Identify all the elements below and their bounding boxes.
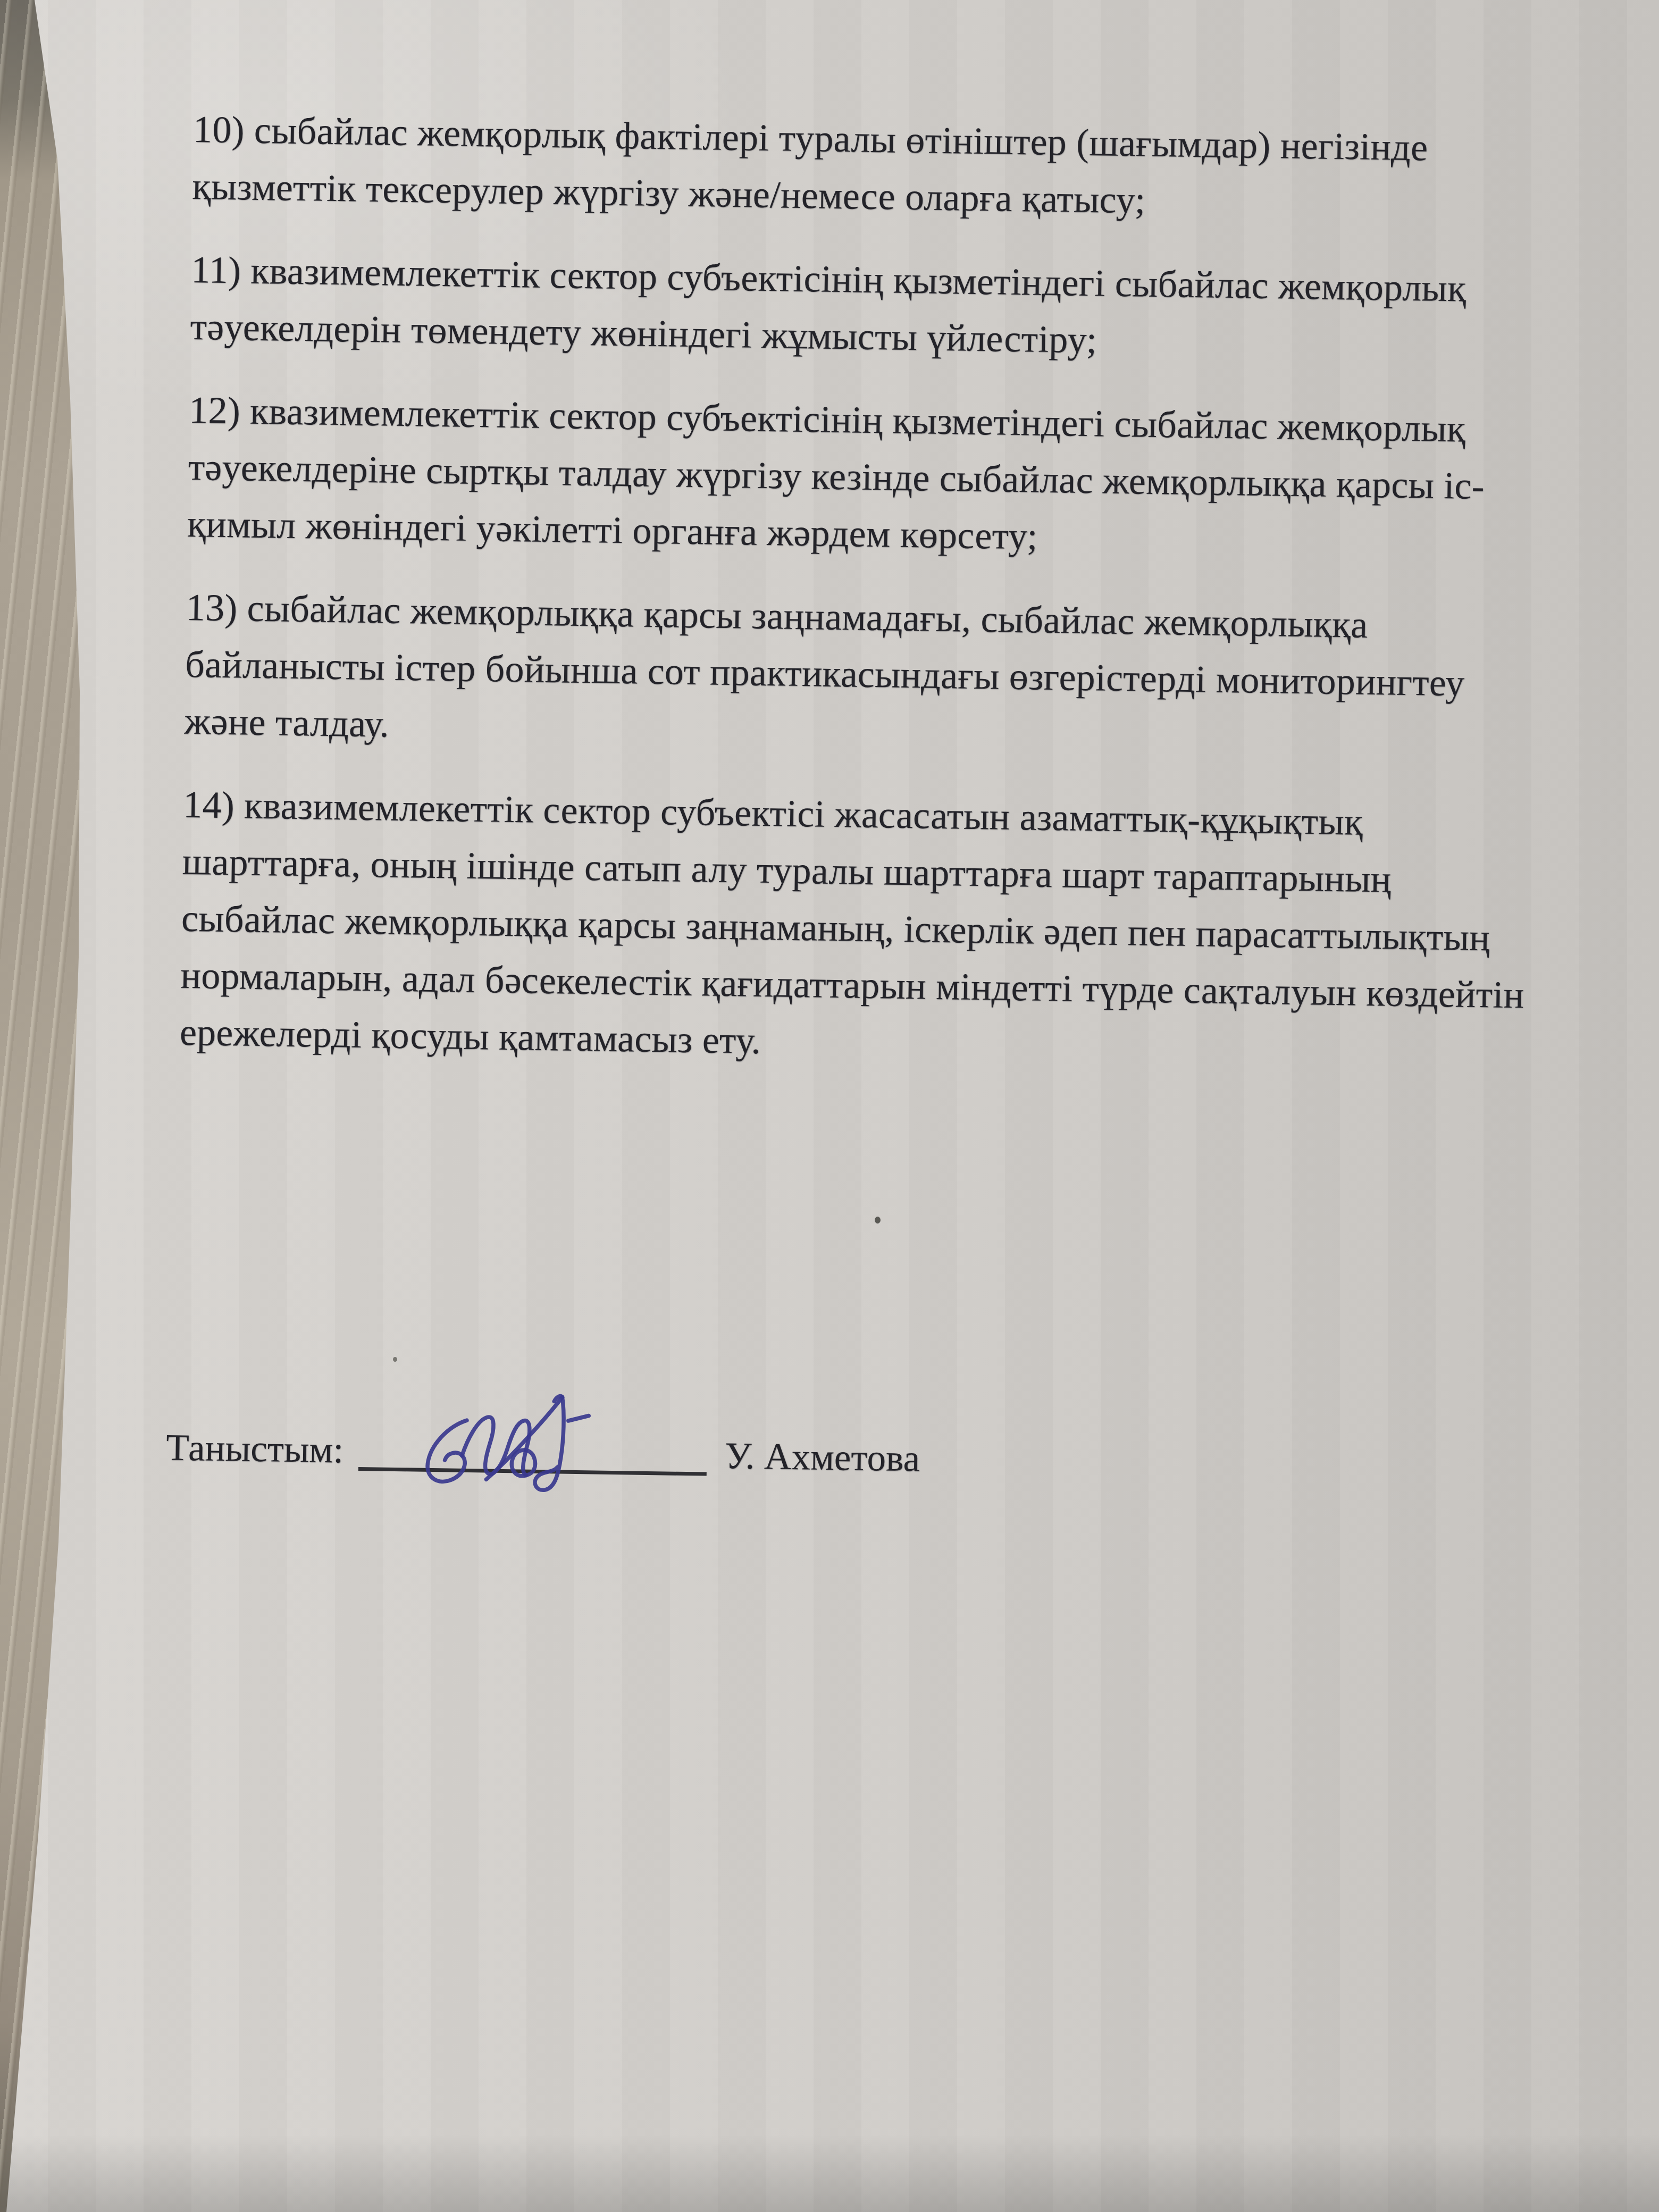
- document-text-block: 10) сыбайлас жемқорлық фактілері туралы …: [179, 101, 1639, 1082]
- paragraph-13: 13) сыбайлас жемқорлыққа қарсы заңнамада…: [184, 579, 1632, 771]
- paragraph-11: 11) квазимемлекеттік сектор субъектісіні…: [190, 241, 1638, 376]
- acknowledgement-label: Таныстым:: [166, 1424, 344, 1474]
- photo-of-document: { "page": { "kind": "photographed paper …: [0, 0, 1659, 2212]
- paper-speck: [875, 1217, 881, 1224]
- paragraph-12: 12) квазимемлекеттік сектор субъектісіні…: [187, 382, 1635, 574]
- signatory-name: У. Ахметова: [724, 1432, 920, 1482]
- paper-speck: [393, 1357, 397, 1362]
- document-content: 10) сыбайлас жемқорлық фактілері туралы …: [165, 101, 1640, 2037]
- paragraph-10: 10) сыбайлас жемқорлық фактілері туралы …: [192, 101, 1640, 236]
- paragraph-14: 14) квазимемлекеттік сектор субъектісі ж…: [179, 776, 1630, 1082]
- handwritten-signature: [401, 1388, 601, 1501]
- paper-sheet: 10) сыбайлас жемқорлық фактілері туралы …: [0, 0, 1659, 2212]
